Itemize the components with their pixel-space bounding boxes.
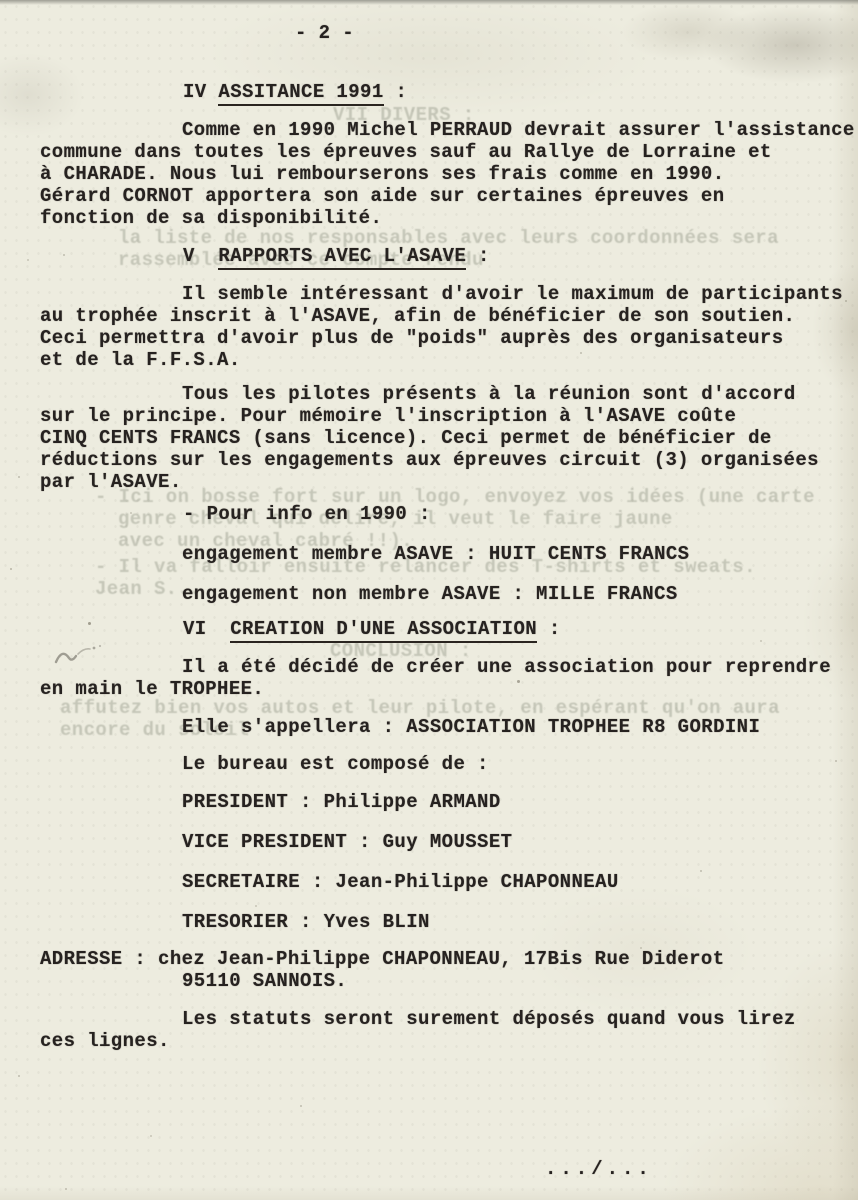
heading-underlined-title: CREATION D'UNE ASSOCIATION <box>230 618 537 643</box>
pencil-smudge-mark <box>50 636 128 676</box>
text-line: TRESORIER : Yves BLIN <box>182 911 430 933</box>
paper-speck <box>150 1135 152 1137</box>
text-line: engagement membre ASAVE : HUIT CENTS FRA… <box>182 543 689 565</box>
text-line: Les statuts seront surement déposés quan… <box>182 1008 796 1030</box>
paper-speck <box>845 300 847 302</box>
heading-underlined-title: ASSITANCE 1991 <box>218 81 383 106</box>
text-line: Tous les pilotes présents à la réunion s… <box>182 383 796 405</box>
text-line: Comme en 1990 Michel PERRAUD devrait ass… <box>182 119 855 141</box>
text-line: et de la F.F.S.A. <box>40 349 241 371</box>
text-line: Il a été décidé de créer une association… <box>182 656 831 678</box>
text-line: par l'ASAVE. <box>40 471 182 493</box>
paper-speck <box>760 640 762 642</box>
text-line: ces lignes. <box>40 1030 170 1052</box>
text-line: Il semble intéressant d'avoir le maximum… <box>182 283 843 305</box>
paper-speck <box>835 760 837 762</box>
text-line: au trophée inscrit à l'ASAVE, afin de bé… <box>40 305 795 327</box>
text-line: CINQ CENTS FRANCS (sans licence). Ceci p… <box>40 427 772 449</box>
heading-text: : <box>466 245 490 267</box>
heading-underlined-title: RAPPORTS AVEC L'ASAVE <box>218 245 466 270</box>
paper-speck <box>700 870 702 872</box>
section-heading-line: V RAPPORTS AVEC L'ASAVE : <box>183 245 490 267</box>
text-line: ADRESSE : chez Jean-Philippe CHAPONNEAU,… <box>40 948 725 970</box>
paper-speck <box>18 476 20 478</box>
text-line: Gérard CORNOT apportera son aide sur cer… <box>40 185 725 207</box>
text-line: - Pour info en 1990 : <box>183 503 431 525</box>
section-heading-line: VI CREATION D'UNE ASSOCIATION : <box>183 618 561 640</box>
scanned-document-page: VII DIVERS :la liste de nos responsables… <box>0 0 858 1200</box>
paper-speck <box>63 254 65 256</box>
text-line: commune dans toutes les épreuves sauf au… <box>40 141 772 163</box>
heading-text: V <box>183 245 218 267</box>
text-line: PRESIDENT : Philippe ARMAND <box>182 791 501 813</box>
text-line: Elle s'appellera : ASSOCIATION TROPHEE R… <box>182 716 760 738</box>
paper-speck <box>130 512 132 514</box>
text-line: .../... <box>545 1158 653 1180</box>
paper-speck <box>640 947 642 949</box>
heading-text: : <box>384 81 408 103</box>
text-line: à CHARADE. Nous lui rembourserons ses fr… <box>40 163 725 185</box>
text-line: - 2 - <box>295 22 354 44</box>
text-line: engagement non membre ASAVE : MILLE FRAN… <box>182 583 678 605</box>
text-line: en main le TROPHEE. <box>40 678 264 700</box>
paper-speck <box>27 259 29 261</box>
heading-text: IV <box>183 81 218 103</box>
paper-speck <box>10 568 12 570</box>
text-line: SECRETAIRE : Jean-Philippe CHAPONNEAU <box>182 871 619 893</box>
heading-text: VI <box>183 618 230 640</box>
text-line: 95110 SANNOIS. <box>182 970 347 992</box>
text-line: fonction de sa disponibilité. <box>40 207 382 229</box>
paper-speck <box>300 1105 302 1107</box>
text-line: réductions sur les engagements aux épreu… <box>40 449 819 471</box>
text-line: sur le principe. Pour mémoire l'inscript… <box>40 405 736 427</box>
paper-speck <box>255 905 257 907</box>
paper-speck <box>580 352 582 354</box>
paper-speck <box>65 1188 67 1190</box>
paper-speck <box>420 762 422 764</box>
text-line: Le bureau est composé de : <box>182 753 489 775</box>
section-heading-line: IV ASSITANCE 1991 : <box>183 81 407 103</box>
paper-speck <box>88 622 91 625</box>
text-line: Ceci permettra d'avoir plus de "poids" a… <box>40 327 784 349</box>
paper-speck <box>115 352 117 354</box>
text-line: VICE PRESIDENT : Guy MOUSSET <box>182 831 512 853</box>
paper-speck <box>517 680 520 683</box>
heading-text: : <box>537 618 561 640</box>
paper-speck <box>18 1075 20 1077</box>
